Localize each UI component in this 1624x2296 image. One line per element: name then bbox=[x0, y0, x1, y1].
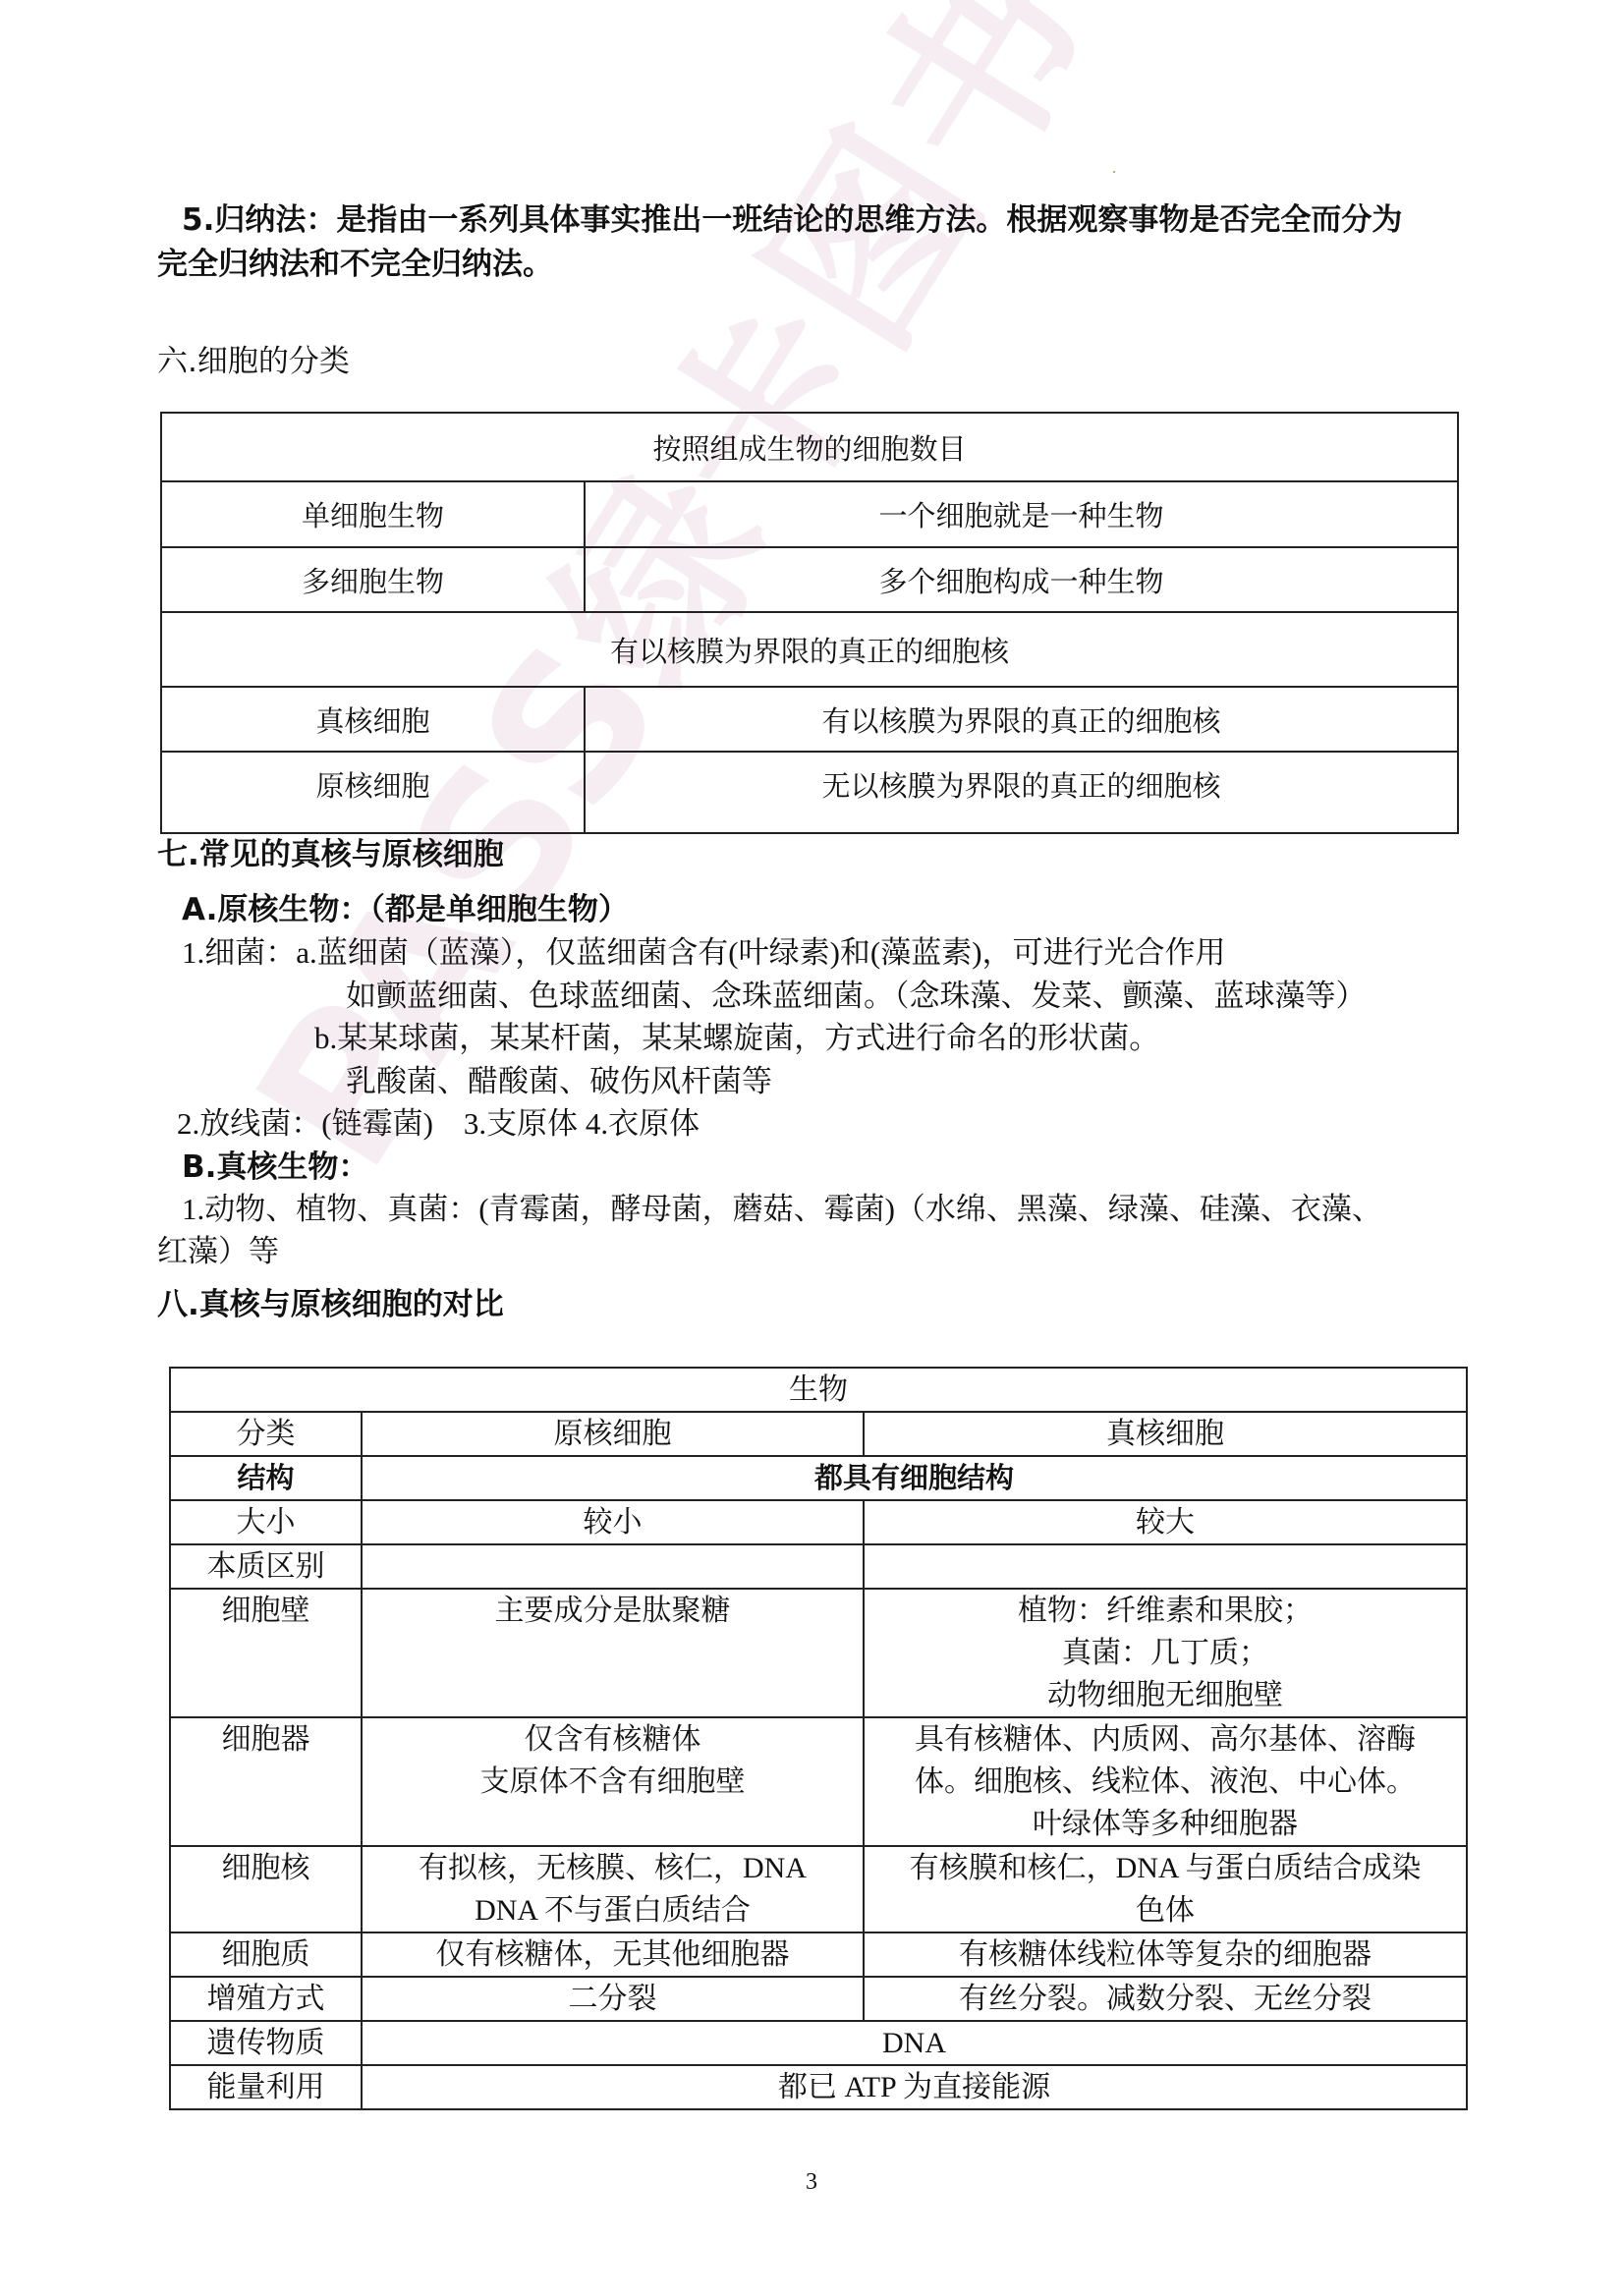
organelle-prokaryote-line: 仅含有核糖体 bbox=[363, 1718, 863, 1761]
table1-row-value: 无以核膜为界限的真正的细胞核 bbox=[585, 752, 1458, 833]
row-label: 遗传物质 bbox=[170, 2021, 362, 2065]
eukaryote-line: 1.动物、植物、真菌：(青霉菌，酵母菌，蘑菇、霉菌)（水绵、黑藻、绿藻、硅藻、衣… bbox=[182, 1190, 1382, 1229]
row-label: 细胞器 bbox=[170, 1717, 362, 1846]
row-label: 本质区别 bbox=[170, 1544, 362, 1589]
nucleus-prokaryote: 有拟核，无核膜、核仁，DNA DNA 不与蛋白质结合 bbox=[362, 1846, 864, 1932]
essence-prokaryote bbox=[362, 1544, 864, 1589]
prokaryote-heading: A.原核生物：（都是单细胞生物） bbox=[182, 890, 629, 929]
eukaryote-heading: B.真核生物： bbox=[182, 1148, 368, 1187]
table1-row-value: 有以核膜为界限的真正的细胞核 bbox=[585, 687, 1458, 752]
essence-eukaryote bbox=[864, 1544, 1467, 1589]
genetic-value: DNA bbox=[362, 2021, 1467, 2065]
cytoplasm-eukaryote: 有核糖体线粒体等复杂的细胞器 bbox=[864, 1932, 1467, 1977]
row-label: 细胞壁 bbox=[170, 1589, 362, 1717]
table1-row-label: 多细胞生物 bbox=[161, 547, 585, 612]
row-label: 分类 bbox=[170, 1412, 362, 1456]
organelle-prokaryote-line: 支原体不含有细胞壁 bbox=[363, 1761, 863, 1803]
comparison-table: 生物 分类 原核细胞 真核细胞 结构 都具有细胞结构 大小 较小 较大 本质区别… bbox=[169, 1367, 1468, 2110]
cytoplasm-prokaryote: 仅有核糖体，无其他细胞器 bbox=[362, 1932, 864, 1977]
row-label: 细胞核 bbox=[170, 1846, 362, 1932]
speck bbox=[1113, 171, 1115, 173]
organelle-prokaryote: 仅含有核糖体 支原体不含有细胞壁 bbox=[362, 1717, 864, 1846]
document-page: 5.归纳法：是指由一系列具体事实推出一班结论的思维方法。根据观察事物是否完全而分… bbox=[0, 0, 1624, 2296]
table1-header-count: 按照组成生物的细胞数目 bbox=[161, 413, 1458, 481]
page-number: 3 bbox=[806, 2169, 817, 2196]
table1-row-label: 原核细胞 bbox=[161, 752, 585, 833]
organelle-eukaryote-line: 具有核糖体、内质网、高尔基体、溶酶 bbox=[865, 1718, 1466, 1761]
intro-line-1: 5.归纳法：是指由一系列具体事实推出一班结论的思维方法。根据观察事物是否完全而分… bbox=[182, 200, 1402, 240]
structure-value: 都具有细胞结构 bbox=[362, 1456, 1467, 1500]
cell-classification-table: 按照组成生物的细胞数目 单细胞生物一个细胞就是一种生物 多细胞生物多个细胞构成一… bbox=[160, 412, 1459, 834]
nucleus-eukaryote: 有核膜和核仁，DNA 与蛋白质结合成染 色体 bbox=[864, 1846, 1467, 1932]
col-header-eukaryote: 真核细胞 bbox=[864, 1412, 1467, 1456]
prokaryote-line: b.某某球菌，某某杆菌，某某螺旋菌，方式进行命名的形状菌。 bbox=[314, 1019, 1159, 1058]
size-eukaryote: 较大 bbox=[864, 1500, 1467, 1544]
table1-row-value: 一个细胞就是一种生物 bbox=[585, 481, 1458, 547]
prokaryote-line: 如颤蓝细菌、色球蓝细菌、念珠蓝细菌。（念珠藻、发菜、颤藻、蓝球藻等） bbox=[346, 977, 1367, 1016]
size-prokaryote: 较小 bbox=[362, 1500, 864, 1544]
wall-eukaryote-line: 植物：纤维素和果胶； bbox=[865, 1590, 1466, 1632]
wall-eukaryote-line: 动物细胞无细胞壁 bbox=[865, 1674, 1466, 1716]
table1-header-nucleus: 有以核膜为界限的真正的细胞核 bbox=[161, 612, 1458, 687]
comparison-title: 生物 bbox=[170, 1368, 1467, 1412]
prokaryote-line: 乳酸菌、醋酸菌、破伤风杆菌等 bbox=[346, 1062, 772, 1101]
nucleus-eukaryote-line: 色体 bbox=[865, 1889, 1466, 1932]
row-label: 增殖方式 bbox=[170, 1977, 362, 2021]
table1-row-value: 多个细胞构成一种生物 bbox=[585, 547, 1458, 612]
row-label: 细胞质 bbox=[170, 1932, 362, 1977]
col-header-prokaryote: 原核细胞 bbox=[362, 1412, 864, 1456]
wall-prokaryote: 主要成分是肽聚糖 bbox=[362, 1589, 864, 1717]
organelle-eukaryote-line: 体。细胞核、线粒体、液泡、中心体。 bbox=[865, 1761, 1466, 1803]
wall-eukaryote-line: 真菌：几丁质； bbox=[865, 1632, 1466, 1674]
reproduction-prokaryote: 二分裂 bbox=[362, 1977, 864, 2021]
row-label: 结构 bbox=[170, 1456, 362, 1500]
energy-value: 都已 ATP 为直接能源 bbox=[362, 2065, 1467, 2109]
table1-row-label: 真核细胞 bbox=[161, 687, 585, 752]
row-label: 大小 bbox=[170, 1500, 362, 1544]
organelle-eukaryote: 具有核糖体、内质网、高尔基体、溶酶 体。细胞核、线粒体、液泡、中心体。 叶绿体等… bbox=[864, 1717, 1467, 1846]
nucleus-prokaryote-line: 有拟核，无核膜、核仁，DNA bbox=[363, 1847, 863, 1889]
table1-row-label: 单细胞生物 bbox=[161, 481, 585, 547]
intro-line-2: 完全归纳法和不完全归纳法。 bbox=[157, 245, 553, 284]
organelle-eukaryote-line: 叶绿体等多种细胞器 bbox=[865, 1803, 1466, 1845]
nucleus-prokaryote-line: DNA 不与蛋白质结合 bbox=[363, 1889, 863, 1932]
nucleus-eukaryote-line: 有核膜和核仁，DNA 与蛋白质结合成染 bbox=[865, 1847, 1466, 1889]
eukaryote-line: 红藻）等 bbox=[157, 1232, 279, 1271]
section6-heading: 六.细胞的分类 bbox=[157, 342, 350, 381]
prokaryote-line: 1.细菌：a.蓝细菌（蓝藻），仅蓝细菌含有(叶绿素)和(藻蓝素)，可进行光合作用 bbox=[182, 933, 1226, 973]
reproduction-eukaryote: 有丝分裂。减数分裂、无丝分裂 bbox=[864, 1977, 1467, 2021]
section7-heading: 七.常见的真核与原核细胞 bbox=[157, 835, 504, 874]
section8-heading: 八.真核与原核细胞的对比 bbox=[157, 1285, 504, 1324]
wall-eukaryote: 植物：纤维素和果胶； 真菌：几丁质； 动物细胞无细胞壁 bbox=[864, 1589, 1467, 1717]
prokaryote-line: 2.放线菌：(链霉菌) 3.支原体 4.衣原体 bbox=[177, 1104, 700, 1144]
row-label: 能量利用 bbox=[170, 2065, 362, 2109]
